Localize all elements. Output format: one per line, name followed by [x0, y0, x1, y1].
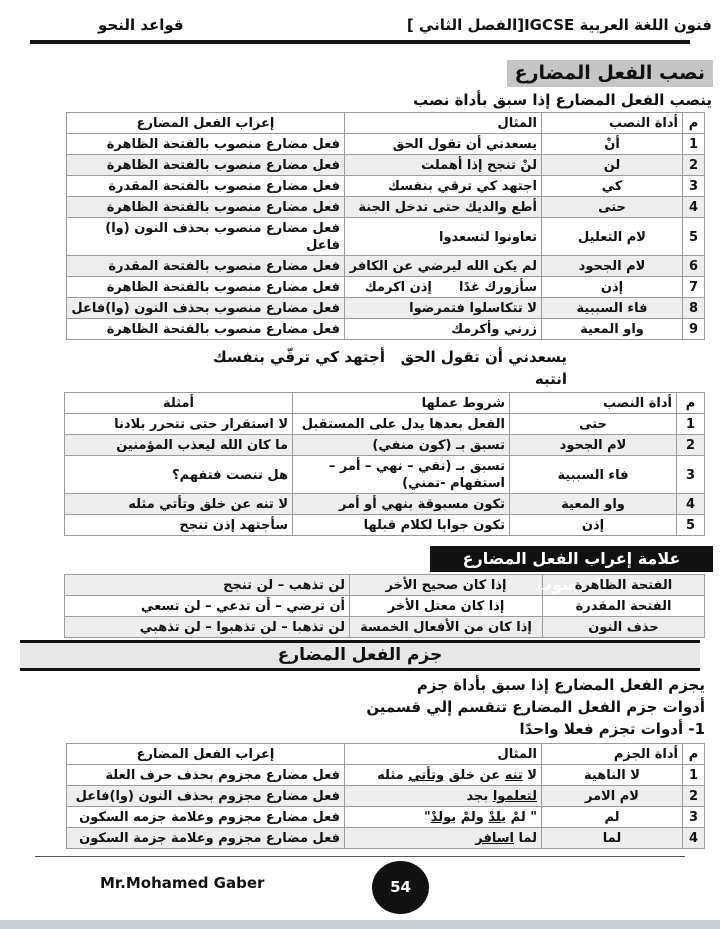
table-row: 4لمالما اسافرفعل مضارع مجزوم وعلامة جزمة… [67, 828, 705, 849]
table-cell: لا تنه عن خلق وتأتي مثله [65, 494, 293, 515]
table-cell: 3 [683, 176, 705, 197]
table-cell: 1 [683, 134, 705, 155]
nasb-title-wrap: نصب الفعل المضارع [0, 60, 713, 87]
underlined-text: لتعلموا [493, 789, 537, 804]
table-cell: لام الامر [542, 786, 683, 807]
table-cell: لام الجحود [510, 435, 677, 456]
nasb-section-title: نصب الفعل المضارع [507, 60, 713, 87]
table-cell: لن [542, 155, 683, 176]
table-cell: إذن [542, 277, 683, 298]
text-part: بجد [467, 789, 493, 804]
table-cell: لم يكن الله ليرضي عن الكافر [345, 256, 542, 277]
author-name: Mr.Mohamed Gaber [100, 874, 264, 892]
table-row: 9واو المعيةزرني وأكرمكفعل مضارع منصوب با… [67, 319, 705, 340]
table-cell: ما كان الله ليعذب المؤمنين [65, 435, 293, 456]
jazm-section-banner: جزم الفعل المضارع [20, 640, 700, 671]
table-cell: لام الجحود [542, 256, 683, 277]
table-cell: واو المعية [510, 494, 677, 515]
table-cell: لن تذهب – لن تنجح [65, 575, 350, 596]
table-cell: تسبق بـ (نفي – نهي – أمر – استفهام -تمني… [293, 456, 510, 494]
underlined-text: وتأتي [408, 768, 444, 783]
table-cell: أن ترضي – أن تدعي – لن تسعي [65, 596, 350, 617]
table-row: 1لا الناهيةلا تنه عن خلق وتأتي مثلهفعل م… [67, 765, 705, 786]
table-cell: تسبق بـ (كون منفي) [293, 435, 510, 456]
column-header: أداة النصب [510, 393, 677, 414]
table-cell: فعل مضارع مجزوم بحذف النون (وا)فاعل [67, 786, 345, 807]
table-cell: إذا كان معتل الأخر [350, 596, 543, 617]
column-header: أداة النصب [542, 113, 683, 134]
table-cell: فاء السببية [542, 298, 683, 319]
table-cell: فعل مضارع منصوب بالفتحة الظاهرة [67, 134, 345, 155]
column-header: م [683, 744, 705, 765]
table-cell: " لمْ يلدْ ولمْ يولدْ" [345, 807, 542, 828]
table-row: 4واو المعيةتكون مسبوقة بنهي أو أمرلا تنه… [65, 494, 705, 515]
table-cell: 2 [683, 786, 705, 807]
text-part: " [424, 810, 431, 825]
table-cell: حذف النون [543, 617, 705, 638]
underlined-text: يلدْ [488, 810, 506, 825]
table-cell: فاء السببية [510, 456, 677, 494]
table-row: 3فاء السببيةتسبق بـ (نفي – نهي – أمر – ا… [65, 456, 705, 494]
column-header: م [683, 113, 705, 134]
text-part: " لمْ [506, 810, 537, 825]
table-cell: 4 [683, 197, 705, 218]
nasb-particles-table: مأداة النصبالمثالإعراب الفعل المضارع1أنْ… [66, 112, 705, 340]
header-section-title: قواعد النحو [98, 16, 184, 34]
table-cell: واو المعية [542, 319, 683, 340]
jazm-intro-line-1: يجزم الفعل المضارع إذا سبق بأداة جزم [0, 674, 705, 696]
table-row: حذف النونإذا كان من الأفعال الخمسةلن تذه… [65, 617, 705, 638]
table-row: 3كياجتهد كي ترقي بنفسكفعل مضارع منصوب با… [67, 176, 705, 197]
column-header: م [677, 393, 705, 414]
table-row: 2لام الجحودتسبق بـ (كون منفي)ما كان الله… [65, 435, 705, 456]
worksheet-page: فنون اللغة العربية IGCSE[الفصل الثاني ] … [0, 0, 720, 929]
jazm-intro-line-3: 1- أدوات تجزم فعلا واحدًا [0, 718, 705, 740]
table-cell: 1 [683, 765, 705, 786]
underlined-text: تنه [505, 768, 523, 783]
note-example-2: أجتهد كي ترقّي بنفسك [213, 348, 385, 366]
header-row: مأداة الجزمالمثالإعراب الفعل المضارع [67, 744, 705, 765]
table-cell: حتى [510, 414, 677, 435]
text-part: لما [514, 831, 537, 846]
attention-label: انتبه [535, 370, 567, 388]
table-row: 4حتىأطع والديك حتى تدخل الجنةفعل مضارع م… [67, 197, 705, 218]
table-cell: الفعل بعدها يدل على المستقبل [293, 414, 510, 435]
text-part: ولمْ [456, 810, 488, 825]
nasb-conditions-table: مأداة النصبشروط عملهاأمثلة1حتىالفعل بعده… [64, 392, 705, 536]
underlined-text: اسافر [475, 831, 514, 846]
table-cell: 5 [683, 218, 705, 256]
table-cell: الفتحة المقدرة [543, 596, 705, 617]
header-course-title: فنون اللغة العربية IGCSE[الفصل الثاني ] [407, 16, 712, 34]
table-cell: 3 [683, 807, 705, 828]
table-cell: فعل مضارع منصوب بالفتحة المقدرة [67, 176, 345, 197]
table-cell: لم [542, 807, 683, 828]
jazm-particles-table: مأداة الجزمالمثالإعراب الفعل المضارع1لا … [66, 743, 705, 849]
table-cell: 2 [683, 155, 705, 176]
column-header: إعراب الفعل المضارع [67, 113, 345, 134]
table-cell: إذا كان من الأفعال الخمسة [350, 617, 543, 638]
column-header: أداة الجزم [542, 744, 683, 765]
table-cell: فعل مضارع منصوب بالفتحة الظاهرة [67, 197, 345, 218]
table-row: الفتحة المقدرةإذا كان معتل الأخرأن ترضي … [65, 596, 705, 617]
column-header: إعراب الفعل المضارع [67, 744, 345, 765]
table-cell: فعل مضارع مجزوم وعلامة جزمة السكون [67, 828, 345, 849]
table-cell: تكون جوابا لكلام قبلها [293, 515, 510, 536]
table-cell: لا الناهية [542, 765, 683, 786]
page-number-badge: 54 [372, 861, 429, 914]
table-cell: لما اسافر [345, 828, 542, 849]
table-cell: لتعلموا بجد [345, 786, 542, 807]
table-cell: 2 [677, 435, 705, 456]
nasb-sign-badge: علامة إعراب الفعل المضارع المنصوب [430, 546, 713, 572]
table-row: 2لام الامرلتعلموا بجدفعل مضارع مجزوم بحذ… [67, 786, 705, 807]
table-cell: فعل مضارع منصوب بالفتحة المقدرة [67, 256, 345, 277]
table-cell: تكون مسبوقة بنهي أو أمر [293, 494, 510, 515]
table-row: 6لام الجحودلم يكن الله ليرضي عن الكافرفع… [67, 256, 705, 277]
nasb-intro-text: ينصب الفعل المضارع إذا سبق بأداة نصب [0, 91, 712, 109]
table-cell: زرني وأكرمك [345, 319, 542, 340]
table-row: 7إذنسأزورك غدًا إذن اكرمكفعل مضارع منصوب… [67, 277, 705, 298]
table-cell: إذن [510, 515, 677, 536]
table-cell: لا تتكاسلوا فتمرضوا [345, 298, 542, 319]
table-cell: أنْ [542, 134, 683, 155]
table-cell: فعل مضارع منصوب بالفتحة الظاهرة [67, 319, 345, 340]
table-cell: هل تنصت فتفهم؟ [65, 456, 293, 494]
text-part: عن خلق [444, 768, 505, 783]
table-cell: يسعدني أن تقول الحق [345, 134, 542, 155]
page-header: فنون اللغة العربية IGCSE[الفصل الثاني ] … [0, 0, 720, 40]
column-header: شروط عملها [293, 393, 510, 414]
header-rule [30, 40, 690, 44]
table-row: 5لام التعليلتعاونوا لتسعدوافعل مضارع منص… [67, 218, 705, 256]
notes-block: يسعدني أن تقول الحق أجتهد كي ترقّي بنفسك… [0, 340, 720, 390]
page-footer: Mr.Mohamed Gaber 54 [0, 856, 720, 929]
text-part: لا [523, 768, 537, 783]
table-cell: فعل مضارع منصوب بحذف النون (وا) فاعل [67, 218, 345, 256]
table-cell: 8 [683, 298, 705, 319]
table-row: الفتحة الظاهرةإذا كان صحيح الأخرلن تذهب … [65, 575, 705, 596]
table-row: 1حتىالفعل بعدها يدل على المستقبللا استقر… [65, 414, 705, 435]
table-cell: 3 [677, 456, 705, 494]
table-cell: 6 [683, 256, 705, 277]
table-cell: فعل مضارع مجزوم بحذف حرف العلة [67, 765, 345, 786]
footer-rule [35, 856, 685, 857]
table-cell: 1 [677, 414, 705, 435]
table-cell: إذا كان صحيح الأخر [350, 575, 543, 596]
table-cell: فعل مضارع مجزوم وعلامة جزمه السكون [67, 807, 345, 828]
table-cell: لما [542, 828, 683, 849]
header-row: مأداة النصبالمثالإعراب الفعل المضارع [67, 113, 705, 134]
jazm-intro-line-2: أدوات جزم الفعل المضارع تنقسم إلي قسمين [0, 696, 705, 718]
table-cell: لنْ تنجح إذا أهملت [345, 155, 542, 176]
table-cell: لا تنه عن خلق وتأتي مثله [345, 765, 542, 786]
table-cell: 7 [683, 277, 705, 298]
table-row: 1أنْيسعدني أن تقول الحقفعل مضارع منصوب ب… [67, 134, 705, 155]
column-header: المثال [345, 744, 542, 765]
table-cell: لن تذهبا – لن تذهبوا – لن تذهبي [65, 617, 350, 638]
table-cell: كي [542, 176, 683, 197]
table-cell: فعل مضارع منصوب بالفتحة الظاهرة [67, 277, 345, 298]
nasb-sign-table: الفتحة الظاهرةإذا كان صحيح الأخرلن تذهب … [64, 574, 705, 638]
header-row: مأداة النصبشروط عملهاأمثلة [65, 393, 705, 414]
table-cell: 9 [683, 319, 705, 340]
table-cell: أطع والديك حتى تدخل الجنة [345, 197, 542, 218]
table-row: 8فاء السببيةلا تتكاسلوا فتمرضوافعل مضارع… [67, 298, 705, 319]
table-cell: 5 [677, 515, 705, 536]
note-example-1: يسعدني أن تقول الحق [401, 348, 567, 366]
table-cell: اجتهد كي ترقي بنفسك [345, 176, 542, 197]
column-header: أمثلة [65, 393, 293, 414]
table-cell: فعل مضارع منصوب بالفتحة الظاهرة [67, 155, 345, 176]
jazm-intro-lines: يجزم الفعل المضارع إذا سبق بأداة جزم أدو… [0, 674, 705, 740]
table-cell: 4 [683, 828, 705, 849]
underlined-text: يولدْ [431, 810, 456, 825]
text-part: مثله [377, 768, 408, 783]
table-cell: سأجتهد إذن تنجح [65, 515, 293, 536]
scan-edge-band [0, 920, 720, 929]
table-cell: تعاونوا لتسعدوا [345, 218, 542, 256]
table-cell: سأزورك غدًا إذن اكرمك [345, 277, 542, 298]
table-cell: 4 [677, 494, 705, 515]
table-row: 3لم" لمْ يلدْ ولمْ يولدْ"فعل مضارع مجزوم… [67, 807, 705, 828]
table-row: 5إذنتكون جوابا لكلام قبلهاسأجتهد إذن تنج… [65, 515, 705, 536]
table-cell: حتى [542, 197, 683, 218]
table-cell: فعل مضارع منصوب بحذف النون (وا)فاعل [67, 298, 345, 319]
table-cell: لام التعليل [542, 218, 683, 256]
column-header: المثال [345, 113, 542, 134]
table-cell: لا استقرار حتى تتحرر بلادنا [65, 414, 293, 435]
table-row: 2لنلنْ تنجح إذا أهملتفعل مضارع منصوب بال… [67, 155, 705, 176]
